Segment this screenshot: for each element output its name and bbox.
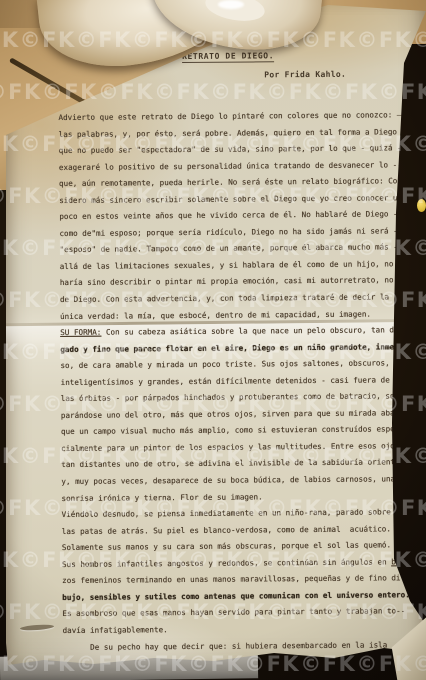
photo-of-document: RETRATO DE DIEGO. Por Frida Kahlo. Advie… bbox=[0, 0, 426, 680]
typed-lines: Advierto que este retrato de Diego lo pi… bbox=[58, 107, 418, 656]
envelope-fold-shadow bbox=[9, 57, 91, 107]
crumpled-paper-highlight bbox=[218, 0, 244, 9]
page-title: RETRATO DE DIEGO. bbox=[182, 51, 274, 63]
typed-line: Es asombroso que esas manos hayan servid… bbox=[62, 604, 418, 623]
byline: Por Frida Kahlo. bbox=[264, 70, 346, 80]
yellow-marker-dot bbox=[417, 199, 426, 212]
paper-tear-mark bbox=[20, 624, 54, 631]
typed-line: y, muy pocas veces, desaparece de su boc… bbox=[61, 471, 417, 490]
